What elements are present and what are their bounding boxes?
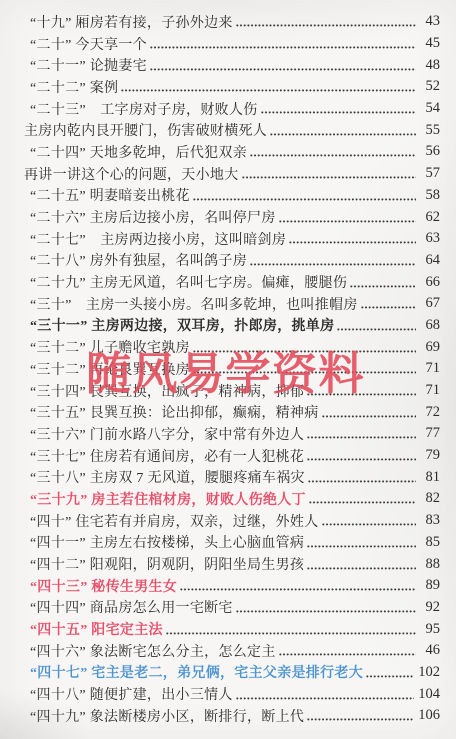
dot-leader xyxy=(289,241,416,244)
dot-leader xyxy=(270,133,416,136)
entry-title: “二十七” 主房两边接小房，这叫暗剑房 xyxy=(30,229,286,249)
dot-leader xyxy=(361,306,416,309)
entry-page-number: 58 xyxy=(420,187,440,204)
dot-leader xyxy=(322,523,416,526)
toc-entry: “二十” 今天享一个45 xyxy=(24,33,440,55)
dot-leader xyxy=(322,415,416,418)
dot-leader xyxy=(307,718,414,721)
entry-title: “二十六” 主房后边接小房，名叫停尸房 xyxy=(30,207,276,227)
entry-page-number: 79 xyxy=(420,447,440,464)
entry-page-number: 102 xyxy=(418,664,440,681)
entry-title: “四十八” 随便扩建，出小三情人 xyxy=(30,684,233,704)
entry-title: “三十二” 儿子赡收宅孰房 xyxy=(30,337,190,357)
toc-entry: “四十八” 随便扩建，出小三情人104 xyxy=(24,683,440,705)
entry-page-number: 89 xyxy=(420,577,440,594)
dot-leader xyxy=(279,220,416,223)
dot-leader xyxy=(121,89,416,92)
entry-title: “二十四” 天地多乾坤，后代犯双亲 xyxy=(30,142,247,162)
entry-page-number: 56 xyxy=(420,143,440,160)
dot-leader xyxy=(307,545,416,548)
toc-entry: “三十二” 再论艮巽互换房71 xyxy=(24,358,440,380)
entry-page-number: 54 xyxy=(420,100,440,117)
entry-title: “四十三” 秘传生男生女 xyxy=(30,576,177,596)
entry-title: “四十四” 商品房怎么用一宅断宅 xyxy=(30,597,233,617)
entry-title: “四十七” 宅主是老二，弟兄俩，宅主父亲是排行老大 xyxy=(30,662,363,682)
entry-page-number: 71 xyxy=(420,360,440,377)
dot-leader xyxy=(250,154,416,157)
toc-entry: “二十七” 主房两边接小房，这叫暗剑房63 xyxy=(24,228,440,250)
entry-title: “三十九” 房主若住棺材房，财败人伤绝人丁 xyxy=(30,489,306,509)
dot-leader xyxy=(308,480,416,483)
dot-leader xyxy=(193,198,416,201)
entry-title: 再讲一讲这个心的问题，天小地大 xyxy=(24,164,239,184)
entry-page-number: 46 xyxy=(420,642,440,659)
dot-leader xyxy=(150,46,416,49)
toc-entry: “四十九” 象法断楼房小区，断排行，断上代106 xyxy=(24,705,440,727)
toc-entry: “二十一” 论抛妻宅48 xyxy=(24,54,440,76)
toc-entry: “二十八” 房外有独屋，名叫鸽子房64 xyxy=(24,250,440,272)
toc-entry: 主房内乾内艮开腰门，伤害破财横死人55 xyxy=(24,119,440,141)
dot-leader xyxy=(337,328,416,331)
entry-page-number: 57 xyxy=(420,165,440,182)
entry-page-number: 55 xyxy=(420,122,440,139)
toc-entry: “二十六” 主房后边接小房，名叫停尸房62 xyxy=(24,206,440,228)
entry-title: “三十八” 主房双 7 无风道，腰腿疼痛车祸灾 xyxy=(30,467,305,487)
toc-entry: “三十六” 门前水路八字分，家中常有外边人77 xyxy=(24,423,440,445)
dot-leader xyxy=(236,697,415,700)
entry-title: “三十四” 艮巽互换，出疯子，精神病，抑郁 xyxy=(30,381,304,401)
toc-entry: “三十一” 主房两边接，双耳房，扑郎房，挑单房68 xyxy=(24,315,440,337)
dot-leader xyxy=(150,68,416,71)
toc-entry: “四十四” 商品房怎么用一宅断宅92 xyxy=(24,597,440,619)
entry-page-number: 62 xyxy=(420,209,440,226)
entry-title: “三十一” 主房两边接，双耳房，扑郎房，挑单房 xyxy=(30,315,334,335)
entry-page-number: 63 xyxy=(420,230,440,247)
toc-entry: “四十五” 阳宅定主法95 xyxy=(24,618,440,640)
entry-title: “四十九” 象法断楼房小区，断排行，断上代 xyxy=(30,706,304,726)
entry-page-number: 77 xyxy=(420,425,440,442)
entry-title: “四十” 住宅若有并肩房，双亲，过继，外姓人 xyxy=(30,511,319,531)
entry-page-number: 88 xyxy=(420,556,440,573)
entry-title: “二十” 今天享一个 xyxy=(30,34,147,54)
toc-entry: “三十五” 艮巽互换：论出抑郁，癫痫，精神病72 xyxy=(24,401,440,423)
toc-entry: “四十六” 象法断宅怎么分主，怎么定主46 xyxy=(24,640,440,662)
dot-leader xyxy=(279,653,416,656)
entry-page-number: 43 xyxy=(420,13,440,30)
entry-page-number: 95 xyxy=(420,621,440,638)
dot-leader xyxy=(350,285,416,288)
toc-entry: “四十七” 宅主是老二，弟兄俩，宅主父亲是排行老大102 xyxy=(24,662,440,684)
entry-page-number: 67 xyxy=(420,295,440,312)
toc-entry: “三十七” 住房若有通间房，必有一人犯桃花79 xyxy=(24,445,440,467)
dot-leader xyxy=(193,371,416,374)
entry-title: “二十五” 明妻暗妾出桃花 xyxy=(30,185,190,205)
entry-page-number: 106 xyxy=(418,707,440,724)
dot-leader xyxy=(166,632,416,635)
toc-entry: “二十五” 明妻暗妾出桃花58 xyxy=(24,185,440,207)
entry-title: “四十六” 象法断宅怎么分主，怎么定主 xyxy=(30,641,276,661)
dot-leader xyxy=(261,111,416,114)
entry-title: “四十五” 阳宅定主法 xyxy=(30,619,163,639)
toc-entry: “二十九” 主房无风道，名叫七字房。偏瘫，腰腿伤66 xyxy=(24,271,440,293)
dot-leader xyxy=(250,263,416,266)
toc-entry: “三十八” 主房双 7 无风道，腰腿疼痛车祸灾81 xyxy=(24,466,440,488)
toc-entry: “三十四” 艮巽互换，出疯子，精神病，抑郁71 xyxy=(24,380,440,402)
entry-title: “三十七” 住房若有通间房，必有一人犯桃花 xyxy=(30,446,304,466)
entry-title: “十九” 厢房若有接，子孙外边来 xyxy=(30,12,233,32)
entry-page-number: 92 xyxy=(420,599,440,616)
dot-leader xyxy=(180,588,416,591)
entry-page-number: 83 xyxy=(420,512,440,529)
toc-entry: “四十三” 秘传生男生女89 xyxy=(24,575,440,597)
entry-page-number: 45 xyxy=(420,35,440,52)
entry-title: “四十二” 阳观阳，阴观阴，阴阳坐局生男孩 xyxy=(30,554,304,574)
dot-leader xyxy=(307,436,416,439)
toc-entry: 再讲一讲这个心的问题，天小地大57 xyxy=(24,163,440,185)
toc-list: “十九” 厢房若有接，子孙外边来43“二十” 今天享一个45“二十一” 论抛妻宅… xyxy=(0,0,456,727)
toc-entry: “二十四” 天地多乾坤，后代犯双亲56 xyxy=(24,141,440,163)
entry-page-number: 69 xyxy=(420,339,440,356)
toc-entry: “二十三” 工字房对子房，财败人伤54 xyxy=(24,98,440,120)
dot-leader xyxy=(236,24,416,27)
dot-leader xyxy=(193,350,416,353)
entry-title: “二十三” 工字房对子房，财败人伤 xyxy=(30,99,258,119)
entry-title: “四十一” 主房左右按楼梯，头上心脑血管病 xyxy=(30,532,304,552)
entry-title: “二十二” 案例 xyxy=(30,77,118,97)
entry-title: “三十” 主房一头接小房。名叫多乾坤，也叫推帽房 xyxy=(30,294,358,314)
toc-entry: “三十二” 儿子赡收宅孰房69 xyxy=(24,336,440,358)
entry-title: “三十二” 再论艮巽互换房 xyxy=(30,359,190,379)
book-toc-page: “十九” 厢房若有接，子孙外边来43“二十” 今天享一个45“二十一” 论抛妻宅… xyxy=(0,0,456,739)
dot-leader xyxy=(307,567,416,570)
entry-page-number: 71 xyxy=(420,382,440,399)
entry-page-number: 66 xyxy=(420,274,440,291)
entry-page-number: 81 xyxy=(420,469,440,486)
entry-page-number: 64 xyxy=(420,252,440,269)
entry-title: “二十八” 房外有独屋，名叫鸽子房 xyxy=(30,250,247,270)
entry-page-number: 52 xyxy=(420,78,440,95)
toc-entry: “四十二” 阳观阳，阴观阴，阴阳坐局生男孩88 xyxy=(24,553,440,575)
entry-page-number: 82 xyxy=(420,490,440,507)
dot-leader xyxy=(307,393,416,396)
dot-leader xyxy=(242,176,417,179)
entry-title: “三十六” 门前水路八字分，家中常有外边人 xyxy=(30,424,304,444)
dot-leader xyxy=(236,610,416,613)
dot-leader xyxy=(307,458,416,461)
toc-entry: “十九” 厢房若有接，子孙外边来43 xyxy=(24,11,440,33)
toc-entry: “二十二” 案例52 xyxy=(24,76,440,98)
dot-leader xyxy=(366,675,414,678)
toc-entry: “三十九” 房主若住棺材房，财败人伤绝人丁82 xyxy=(24,488,440,510)
entry-page-number: 48 xyxy=(420,57,440,74)
entry-title: “三十五” 艮巽互换：论出抑郁，癫痫，精神病 xyxy=(30,402,319,422)
entry-page-number: 72 xyxy=(420,404,440,421)
toc-entry: “三十” 主房一头接小房。名叫多乾坤，也叫推帽房67 xyxy=(24,293,440,315)
toc-entry: “四十” 住宅若有并肩房，双亲，过继，外姓人83 xyxy=(24,510,440,532)
entry-title: “二十九” 主房无风道，名叫七字房。偏瘫，腰腿伤 xyxy=(30,272,347,292)
entry-page-number: 104 xyxy=(418,686,440,703)
toc-entry: “四十一” 主房左右按楼梯，头上心脑血管病85 xyxy=(24,532,440,554)
entry-page-number: 85 xyxy=(420,534,440,551)
entry-title: 主房内乾内艮开腰门，伤害破财横死人 xyxy=(24,120,267,140)
dot-leader xyxy=(309,501,416,504)
entry-page-number: 68 xyxy=(420,317,440,334)
entry-title: “二十一” 论抛妻宅 xyxy=(30,55,147,75)
